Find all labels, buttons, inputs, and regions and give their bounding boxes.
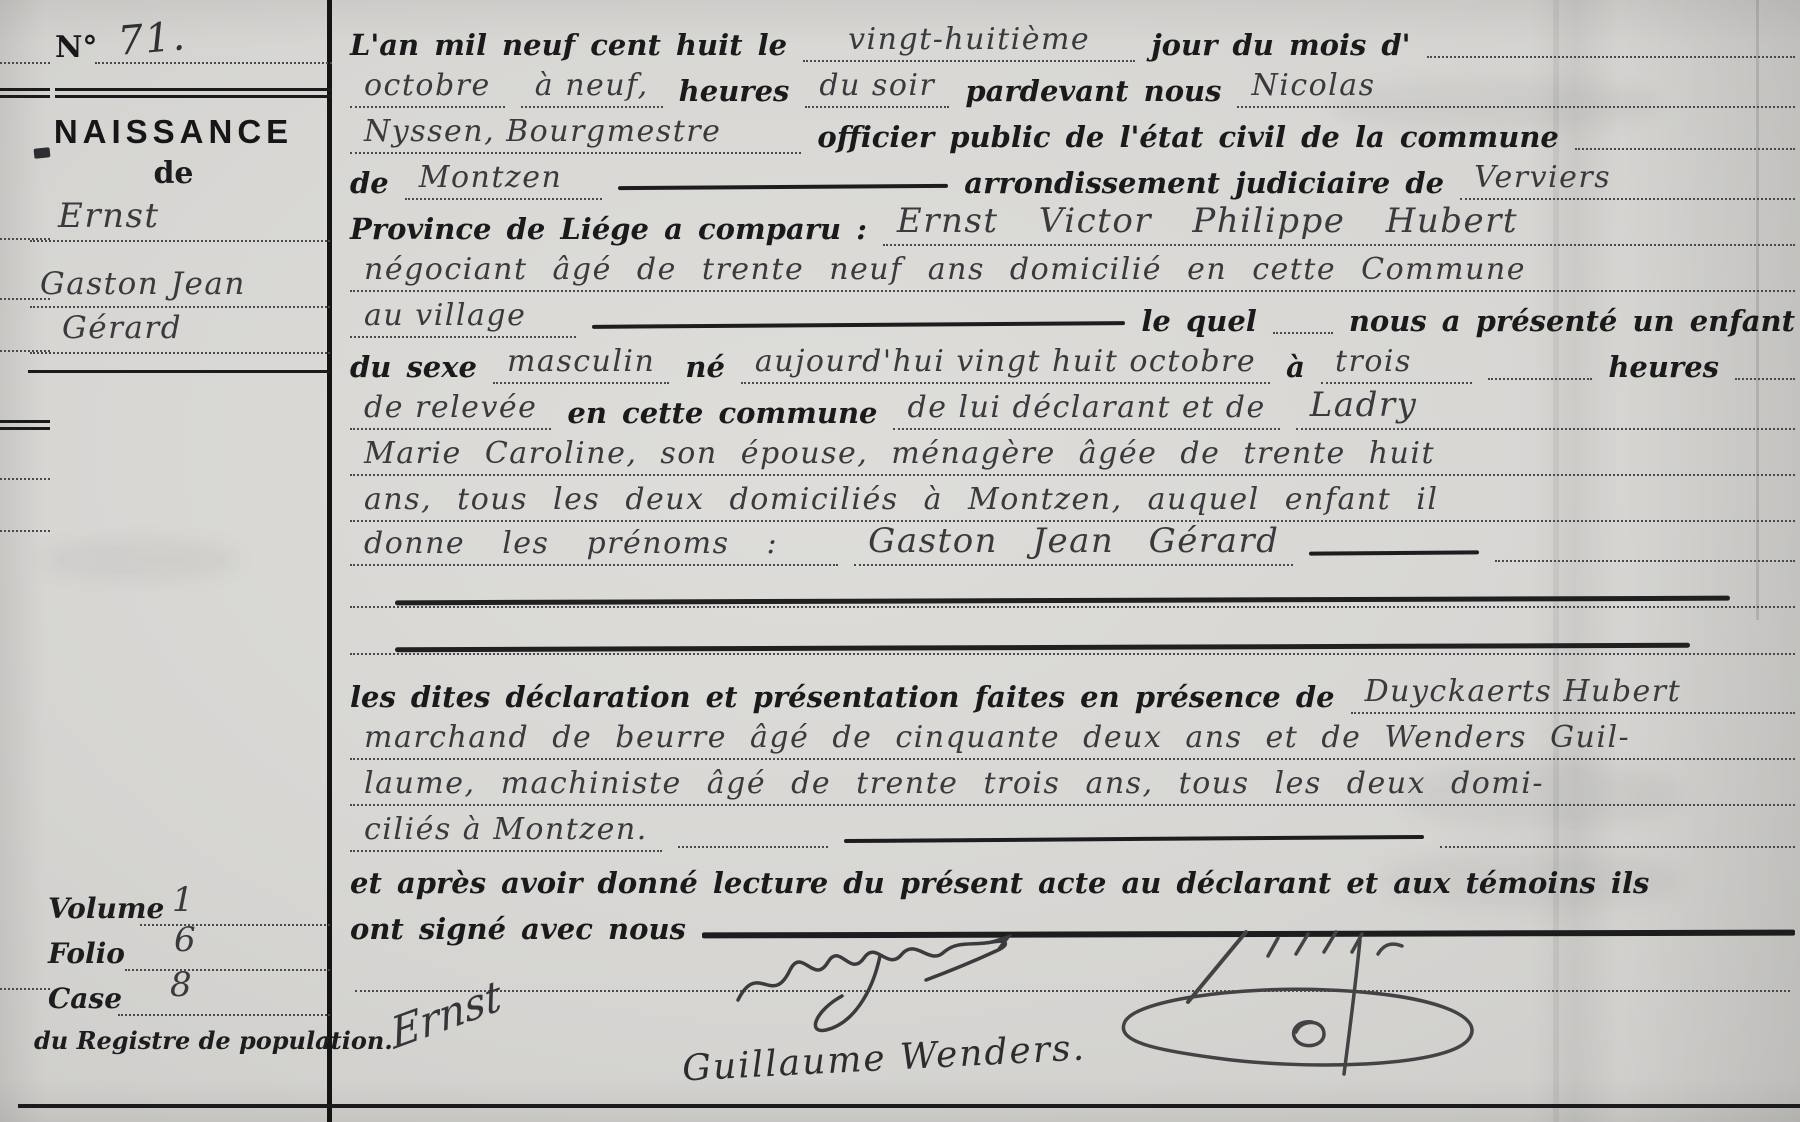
birth-register-scan: N° 71. NAISSANCE de Ernst Gaston Jean Gé… — [0, 0, 1800, 1122]
handwritten-time-qualifier: de relevée — [350, 390, 551, 430]
strike-through-line — [395, 596, 1730, 606]
margin-tick — [0, 530, 50, 532]
body-line-10: Marie Caroline, son épouse, ménagère âgé… — [350, 434, 1795, 476]
body-line-7: au village le quel nous a présenté un en… — [350, 296, 1795, 338]
signature-nyssen — [1060, 928, 1510, 1082]
printed-text: né — [685, 350, 725, 384]
handwritten-officer-firstname: Nicolas — [1237, 68, 1795, 108]
dotted-fill — [1495, 558, 1795, 562]
folio-label: Folio — [48, 937, 125, 970]
dotted-rule — [118, 1014, 330, 1016]
printed-text: Province de Liége a comparu : — [350, 212, 867, 246]
dotted-rule — [350, 606, 1795, 608]
column-divider-rule — [327, 0, 332, 1122]
body-line-2: octobre à neuf, heures du soir pardevant… — [350, 66, 1795, 108]
handwritten-sex: masculin — [493, 344, 669, 384]
handwritten-period: du soir — [805, 68, 949, 108]
body-line-14: marchand de beurre âgé de cinquante deux… — [350, 718, 1795, 760]
volume-value: 1 — [172, 880, 195, 920]
margin-tick — [0, 62, 50, 64]
handwritten-residence: au village — [350, 298, 576, 338]
double-rule-top — [55, 88, 332, 91]
dotted-rule — [30, 352, 330, 354]
printed-text: arrondissement judiciaire de — [964, 166, 1444, 200]
body-line-16: ciliés à Montzen. — [350, 810, 1795, 852]
handwritten-mother-surname: Ladry — [1296, 385, 1795, 430]
printed-text: à — [1286, 350, 1305, 384]
act-number-value: 71. — [116, 13, 188, 65]
dotted-rule — [125, 969, 330, 971]
handwritten-text: de lui déclarant et de — [893, 390, 1279, 430]
handwritten-month: octobre — [350, 68, 505, 108]
printed-closing-text: et après avoir donné lecture du présent … — [350, 866, 1649, 900]
dotted-fill — [1488, 376, 1592, 380]
handwritten-child-given-names: Gaston Jean Gérard — [854, 521, 1293, 566]
printed-text: nous a présenté un enfant — [1349, 304, 1795, 338]
handwritten-commune: Montzen — [405, 160, 603, 200]
handwritten-declarant-name: Ernst Victor Philippe Hubert — [883, 201, 1795, 246]
dotted-fill — [1427, 54, 1795, 58]
handwritten-text: donne les prénoms : — [350, 526, 838, 566]
handwritten-declarant-details: négociant âgé de trente neuf ans domicil… — [350, 252, 1795, 292]
handwritten-mother-details: Marie Caroline, son épouse, ménagère âgé… — [350, 436, 1795, 476]
handwritten-dash — [618, 184, 948, 190]
folio-value: 6 — [174, 920, 197, 960]
dotted-fill — [1575, 146, 1795, 150]
body-line-17: et après avoir donné lecture du présent … — [350, 858, 1795, 900]
margin-tick — [0, 478, 50, 480]
printed-text: pardevant nous — [965, 74, 1221, 108]
case-label: Case — [48, 982, 122, 1015]
printed-closing-text: ont signé avec nous — [350, 912, 686, 946]
handwritten-birth-hour: trois — [1321, 344, 1472, 384]
signature-ernst: Ernst — [388, 970, 504, 1059]
handwritten-birthdate: aujourd'hui vingt huit octobre — [741, 344, 1270, 384]
printed-text: du sexe — [350, 350, 477, 384]
bottom-border-rule — [18, 1104, 1800, 1108]
margin-section-rule — [28, 370, 330, 373]
record-type-subtitle: de — [20, 156, 327, 191]
printed-text: en cette commune — [567, 396, 877, 430]
printed-text: L'an mil neuf cent huit le — [350, 28, 787, 62]
dotted-fill — [1735, 376, 1795, 380]
body-line-6: négociant âgé de trente neuf ans domicil… — [350, 250, 1795, 292]
body-line-1: L'an mil neuf cent huit le vingt-huitièm… — [350, 20, 1795, 62]
printed-text: les dites déclaration et présentation fa… — [350, 680, 1335, 714]
body-line-8: du sexe masculin né aujourd'hui vingt hu… — [350, 342, 1795, 384]
handwritten-witness2-details: laume, machiniste âgé de trente trois an… — [350, 766, 1795, 806]
handwritten-witness1-name: Duyckaerts Hubert — [1351, 674, 1795, 714]
printed-text: le quel — [1141, 304, 1256, 338]
register-note: du Registre de population. — [34, 1026, 393, 1055]
dotted-rule — [30, 306, 330, 308]
signature-duyckaerts — [730, 922, 1020, 1044]
act-number-label: N° — [55, 30, 97, 65]
dotted-rule — [95, 62, 332, 64]
body-line-12: donne les prénoms : Gaston Jean Gérard — [350, 524, 1795, 566]
handwritten-officer-name-title: Nyssen, Bourgmestre — [350, 114, 801, 154]
child-surname: Ernst — [58, 196, 160, 236]
handwritten-hour: à neuf, — [521, 68, 663, 108]
body-line-9: de relevée en cette commune de lui décla… — [350, 388, 1795, 430]
body-line-11: ans, tous les deux domiciliés à Montzen,… — [350, 480, 1795, 522]
body-line-15: laume, machiniste âgé de trente trois an… — [350, 764, 1795, 806]
dotted-rule — [30, 240, 330, 242]
case-value: 8 — [170, 965, 193, 1005]
child-given-names-1: Gaston Jean — [40, 266, 246, 302]
handwritten-district: Verviers — [1460, 160, 1795, 200]
child-given-names-2: Gérard — [62, 310, 182, 346]
printed-text: heures — [1608, 350, 1719, 384]
volume-label: Volume — [48, 892, 164, 925]
printed-text: heures — [679, 74, 790, 108]
body-line-3: Nyssen, Bourgmestre officier public de l… — [350, 112, 1795, 154]
body-line-13: les dites déclaration et présentation fa… — [350, 672, 1795, 714]
dotted-fill — [1440, 844, 1795, 848]
double-rule-bottom — [55, 95, 332, 98]
handwritten-witness1-details: marchand de beurre âgé de cinquante deux… — [350, 720, 1795, 760]
dotted-fill — [1273, 330, 1333, 334]
body-line-4: de Montzen arrondissement judiciaire de … — [350, 158, 1795, 200]
dotted-rule — [140, 924, 330, 926]
record-type-title: NAISSANCE — [20, 113, 327, 151]
body-line-5: Province de Liége a comparu : Ernst Vict… — [350, 204, 1795, 246]
handwritten-dash — [592, 321, 1125, 329]
bleed-through-ghost — [40, 540, 240, 580]
handwritten-dash — [1309, 550, 1479, 555]
margin-tick — [0, 988, 50, 990]
handwritten-dash — [844, 835, 1424, 843]
handwritten-day: vingt-huitième — [803, 22, 1135, 62]
strike-through-line — [395, 643, 1690, 653]
dotted-fill — [678, 844, 828, 848]
margin-tick — [0, 95, 50, 98]
margin-tick — [0, 420, 50, 423]
printed-text: jour du mois d' — [1151, 28, 1410, 62]
margin-tick — [0, 427, 50, 430]
printed-text: de — [350, 166, 389, 200]
dotted-rule — [350, 653, 1795, 655]
handwritten-witness-domicile: ciliés à Montzen. — [350, 812, 662, 852]
margin-tick — [0, 88, 50, 91]
printed-text: officier public de l'état civil de la co… — [817, 120, 1559, 154]
handwritten-domicile-details: ans, tous les deux domiciliés à Montzen,… — [350, 482, 1795, 522]
